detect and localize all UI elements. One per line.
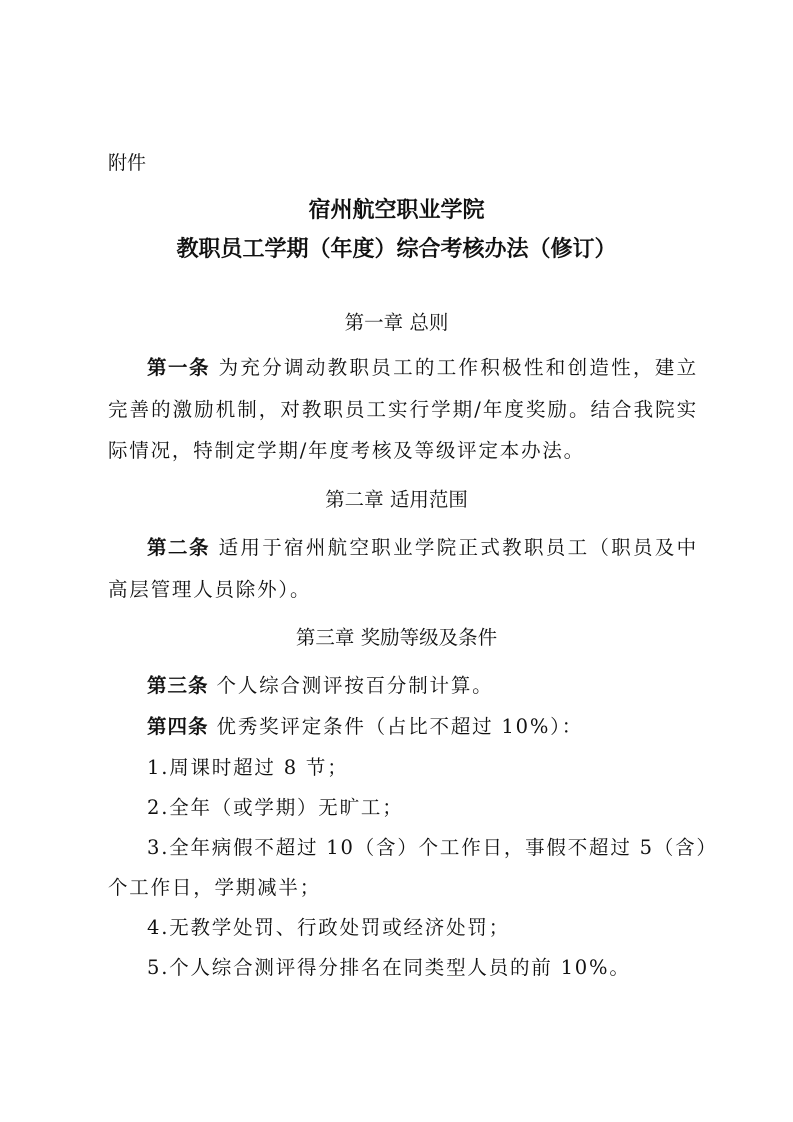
article-2-label: 第二条 (147, 536, 210, 559)
article-2-text: 适用于宿州航空职业学院正式教职员工（职员及中 (219, 536, 698, 559)
criterion-item-3-line-1: 3.全年病假不超过 10（含）个工作日，事假不超过 5（含） (147, 832, 698, 860)
criterion-item-4: 4.无教学处罚、行政处罚或经济处罚； (147, 912, 737, 940)
article-3-text: 个人综合测评按百分制计算。 (217, 674, 494, 697)
article-1-line-3: 际情况，特制定学期/年度考核及等级评定本办法。 (108, 435, 698, 463)
article-2-line-2: 高层管理人员除外）。 (108, 574, 698, 602)
criterion-item-3-line-2: 个工作日，学期减半； (108, 872, 698, 900)
criterion-item-5: 5.个人综合测评得分排名在同类型人员的前 10%。 (147, 952, 737, 980)
article-1-label: 第一条 (147, 356, 210, 379)
article-1-line-1: 第一条 为充分调动教职员工的工作积极性和创造性，建立 (147, 352, 698, 380)
article-2-line-1: 第二条 适用于宿州航空职业学院正式教职员工（职员及中 (147, 532, 698, 560)
criterion-item-2: 2.全年（或学期）无旷工； (147, 792, 737, 820)
article-3: 第三条 个人综合测评按百分制计算。 (147, 670, 737, 698)
article-4: 第四条 优秀奖评定条件（占比不超过 10%）： (147, 711, 737, 739)
document-title-subject: 教职员工学期（年度）综合考核办法（修订） (0, 232, 793, 263)
attachment-label: 附件 (108, 148, 146, 175)
article-1-text: 为充分调动教职员工的工作积极性和创造性，建立 (219, 356, 698, 379)
document-title-institution: 宿州航空职业学院 (0, 193, 793, 224)
article-4-text: 优秀奖评定条件（占比不超过 10%）： (217, 715, 584, 738)
article-3-label: 第三条 (147, 674, 209, 697)
article-4-label: 第四条 (147, 715, 209, 738)
criterion-item-1: 1.周课时超过 8 节； (147, 752, 737, 780)
article-1-line-2: 完善的激励机制，对教职员工实行学期/年度奖励。结合我院实 (108, 394, 698, 422)
chapter-heading-1: 第一章 总则 (0, 307, 793, 335)
chapter-heading-2: 第二章 适用范围 (0, 484, 793, 512)
chapter-heading-3: 第三章 奖励等级及条件 (0, 622, 793, 650)
